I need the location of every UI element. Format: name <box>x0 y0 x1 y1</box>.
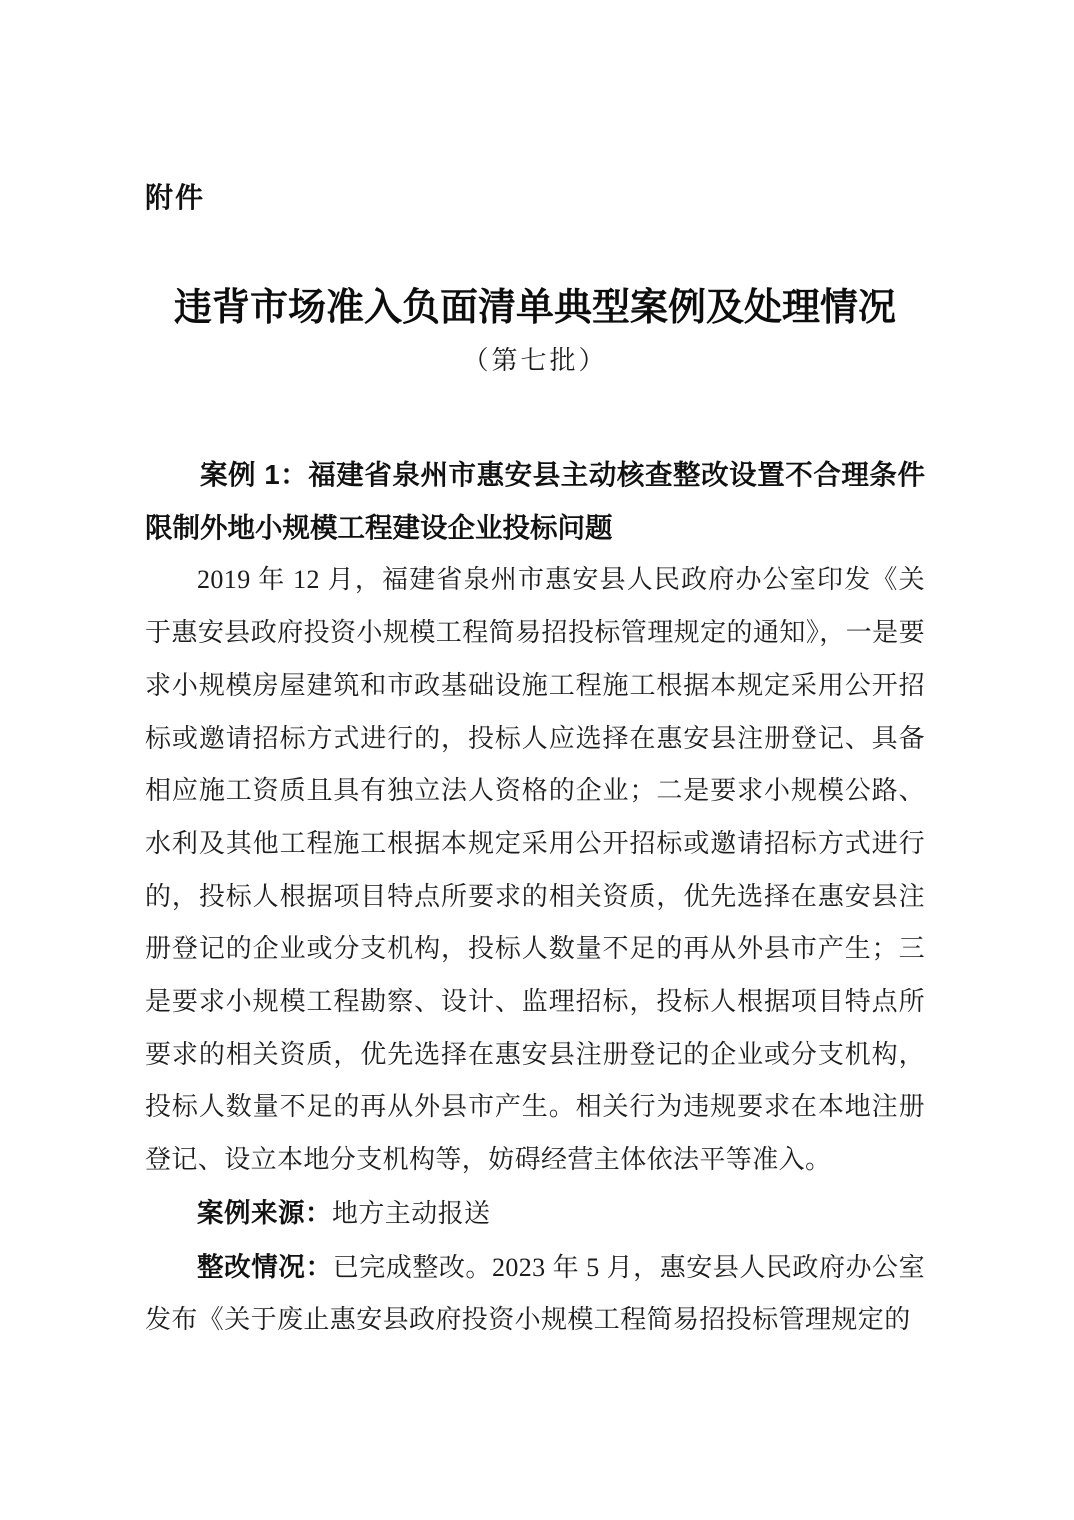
case1-source-value: 地方主动报送 <box>332 1199 490 1228</box>
case1-rectification-label: 整改情况： <box>197 1252 333 1282</box>
case1-source-line: 案例来源：地方主动报送 <box>145 1187 925 1241</box>
document-page: 附件 违背市场准入负面清单典型案例及处理情况 （第七批） 案例 1：福建省泉州市… <box>0 0 1074 1520</box>
case1-heading: 案例 1：福建省泉州市惠安县主动核查整改设置不合理条件限制外地小规模工程建设企业… <box>145 449 925 554</box>
case1-body-paragraph: 2019 年 12 月，福建省泉州市惠安县人民政府办公室印发《关于惠安县政府投资… <box>145 554 925 1186</box>
case1-rectification-line: 整改情况：已完成整改。2023 年 5 月，惠安县人民政府办公室发布《关于废止惠… <box>145 1241 925 1347</box>
document-title: 违背市场准入负面清单典型案例及处理情况 <box>145 285 925 331</box>
document-subtitle: （第七批） <box>145 346 925 376</box>
case1-source-label: 案例来源： <box>197 1198 332 1228</box>
attachment-label: 附件 <box>145 182 925 213</box>
